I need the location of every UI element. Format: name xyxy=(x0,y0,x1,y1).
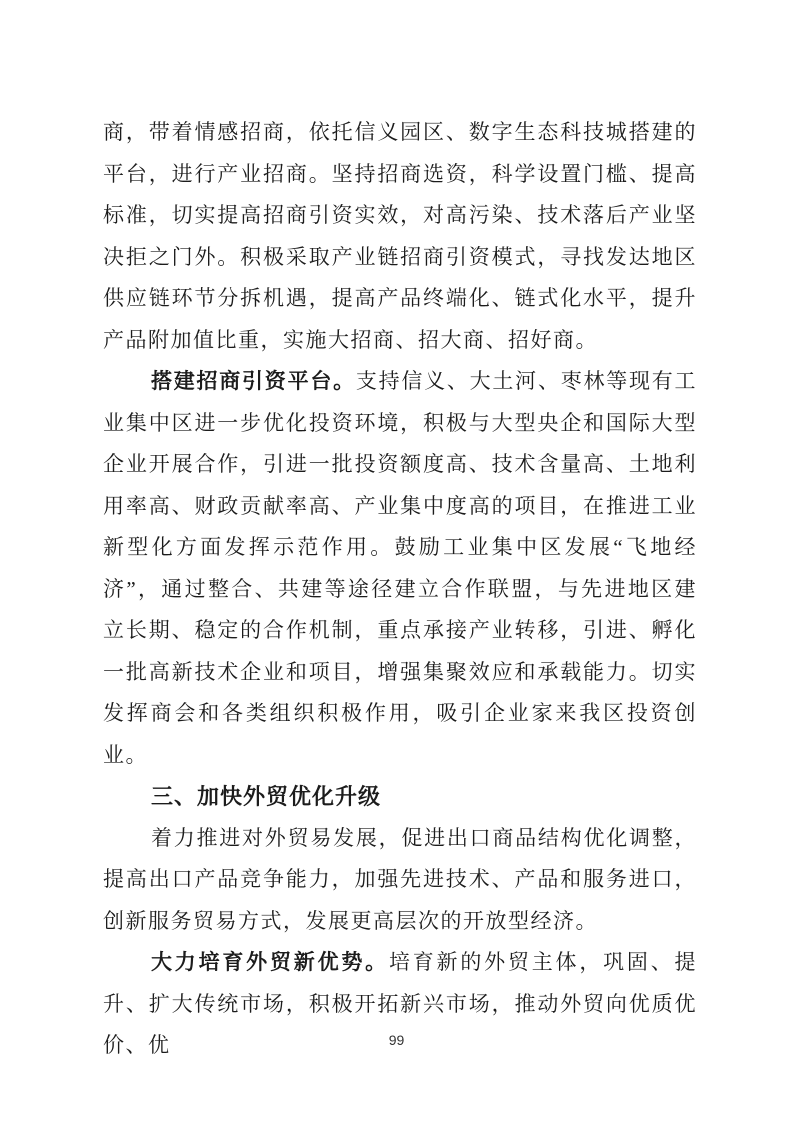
paragraph: 商，带着情感招商，依托信义园区、数字生态科技城搭建的平台，进行产业招商。坚持招商… xyxy=(103,112,697,361)
paragraph-text: 支持信义、大土河、枣林等现有工业集中区进一步优化投资环境，积极与大型央企和国际大… xyxy=(103,369,697,767)
paragraph-lead: 搭建招商引资平台。 xyxy=(151,369,356,393)
document-body: 商，带着情感招商，依托信义园区、数字生态科技城搭建的平台，进行产业招商。坚持招商… xyxy=(103,112,697,1067)
paragraph-text: 商，带着情感招商，依托信义园区、数字生态科技城搭建的平台，进行产业招商。坚持招商… xyxy=(103,120,697,352)
document-page: 商，带着情感招商，依托信义园区、数字生态科技城搭建的平台，进行产业招商。坚持招商… xyxy=(0,0,793,1122)
paragraph: 搭建招商引资平台。支持信义、大土河、枣林等现有工业集中区进一步优化投资环境，积极… xyxy=(103,361,697,776)
page-footer: 99 xyxy=(0,1032,793,1050)
paragraph: 着力推进对外贸易发展，促进出口商品结构优化调整，提高出口产品竞争能力，加强先进技… xyxy=(103,818,697,943)
paragraph-text: 着力推进对外贸易发展，促进出口商品结构优化调整，提高出口产品竞争能力，加强先进技… xyxy=(103,826,697,933)
page-number: 99 xyxy=(389,1032,405,1048)
section-heading: 三、加快外贸优化升级 xyxy=(103,776,697,818)
paragraph-lead: 大力培育外贸新优势。 xyxy=(151,950,389,974)
